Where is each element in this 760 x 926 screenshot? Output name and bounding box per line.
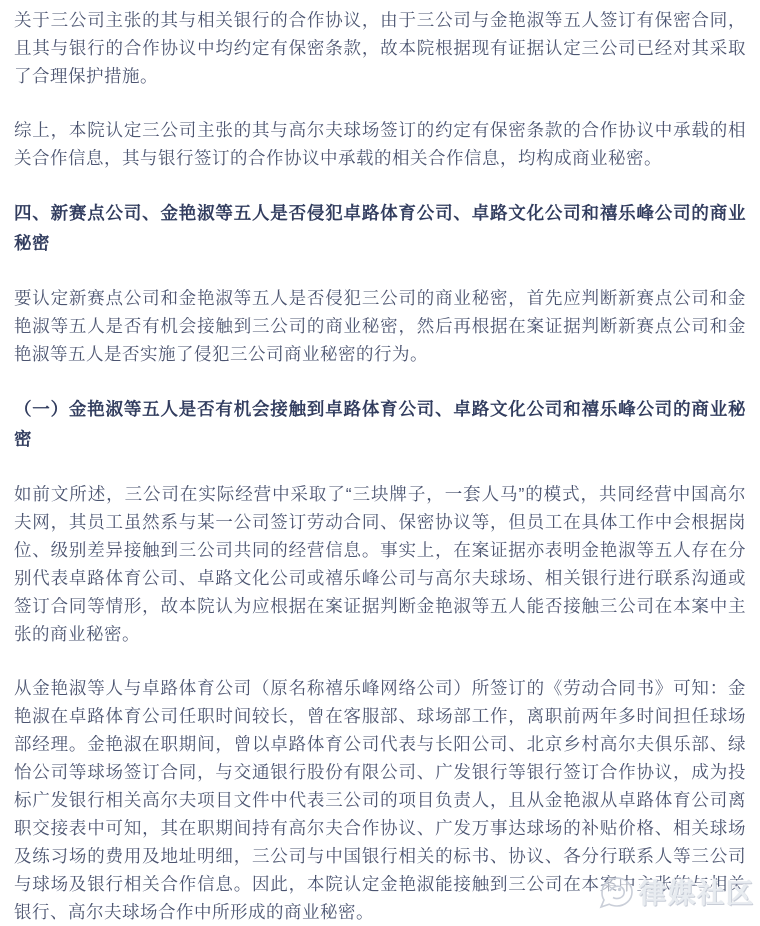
document-body: 关于三公司主张的其与相关银行的合作协议，由于三公司与金艳淑等五人签订有保密合同，… <box>0 0 760 926</box>
subsection-heading-one: （一）金艳淑等五人是否有机会接触到卓路体育公司、卓路文化公司和禧乐峰公司的商业秘… <box>14 394 746 454</box>
paragraph-jin-yanshu-employment-findings: 从金艳淑等人与卓路体育公司（原名称禧乐峰网络公司）所签订的《劳动合同书》可知：金… <box>14 674 746 926</box>
paragraph-infringement-test: 要认定新赛点公司和金艳淑等五人是否侵犯三公司的商业秘密，首先应判断新赛点公司和金… <box>14 284 746 368</box>
paragraph-access-analysis: 如前文所述，三公司在实际经营中采取了“三块牌子，一套人马”的模式，共同经营中国高… <box>14 480 746 648</box>
paragraph-trade-secret-conclusion: 综上，本院认定三公司主张的其与高尔夫球场签订的约定有保密条款的合作协议中承载的相… <box>14 116 746 172</box>
paragraph-bank-agreement-protection: 关于三公司主张的其与相关银行的合作协议，由于三公司与金艳淑等五人签订有保密合同，… <box>14 6 746 90</box>
section-heading-four: 四、新赛点公司、金艳淑等五人是否侵犯卓路体育公司、卓路文化公司和禧乐峰公司的商业… <box>14 198 746 258</box>
